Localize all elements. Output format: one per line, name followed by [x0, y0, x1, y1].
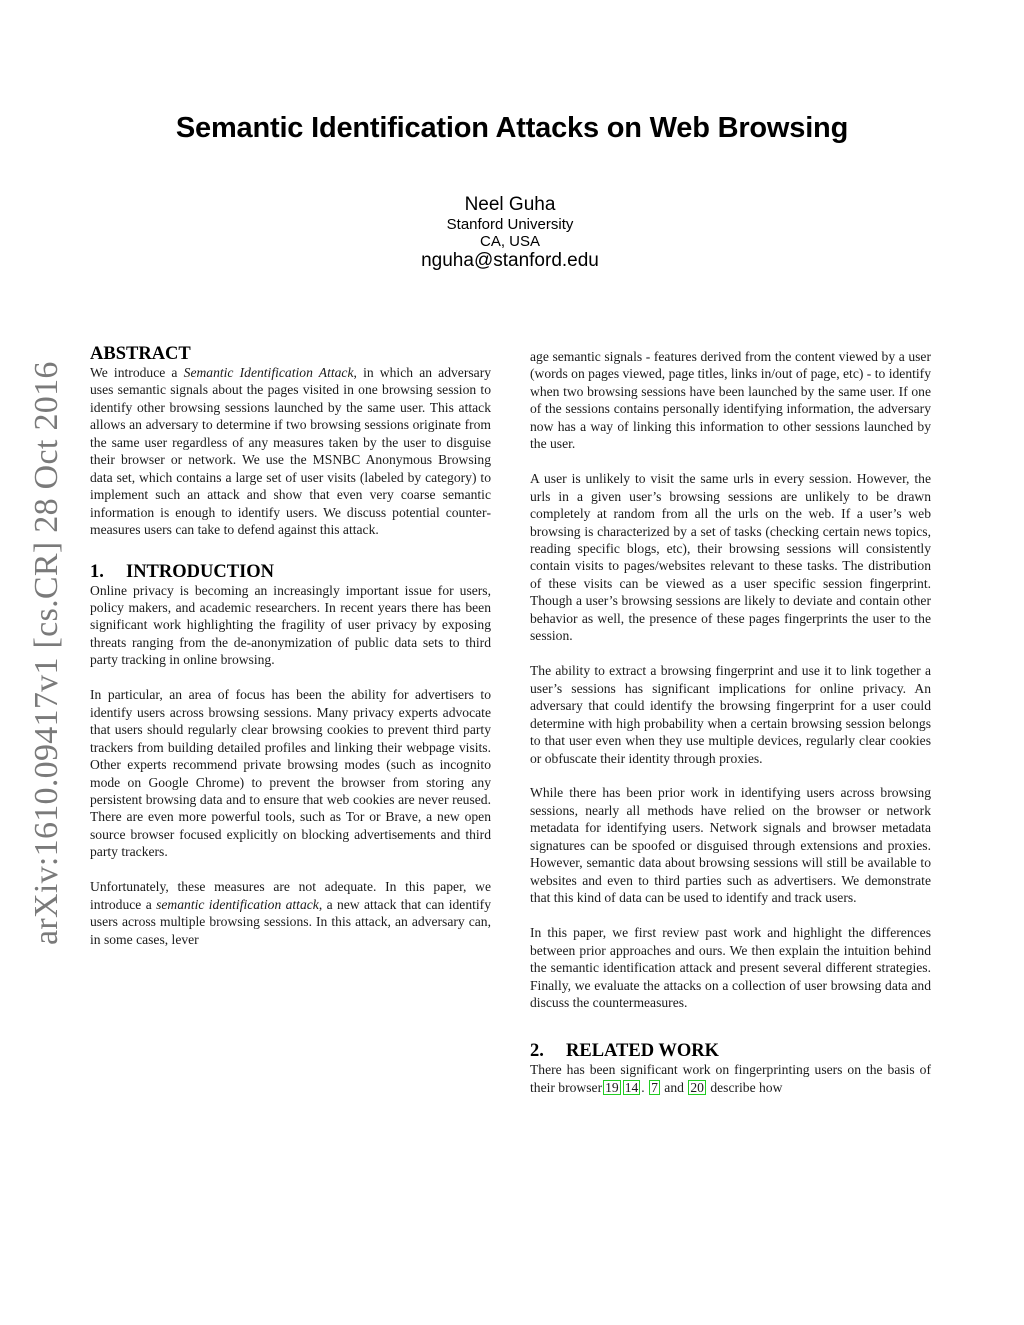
- citation-link-19[interactable]: 19: [603, 1080, 621, 1095]
- abstract-text-end: , in which an adversary uses semantic si…: [90, 365, 491, 537]
- related-work-heading: 2.RELATED WORK: [530, 1041, 931, 1061]
- right-column: age semantic signals - features derived …: [530, 348, 931, 1096]
- intro-paragraph-7: In this paper, we first review past work…: [530, 924, 931, 1011]
- intro-paragraph-6: While there has been prior work in ident…: [530, 784, 931, 906]
- left-column: ABSTRACT We introduce a Semantic Identif…: [90, 344, 491, 948]
- author-affiliation: Stanford University: [0, 216, 1020, 233]
- author-email: nguha@stanford.edu: [0, 250, 1020, 272]
- related-text-end: describe how: [707, 1080, 783, 1095]
- citation-link-20[interactable]: 20: [688, 1080, 706, 1095]
- introduction-heading: 1.INTRODUCTION: [90, 562, 491, 582]
- abstract-heading: ABSTRACT: [90, 344, 491, 364]
- intro-paragraph-2: In particular, an area of focus has been…: [90, 686, 491, 861]
- related-work-paragraph: There has been significant work on finge…: [530, 1061, 931, 1096]
- arxiv-identifier-stamp: arXiv:1610.09417v1 [cs.CR] 28 Oct 2016: [28, 361, 66, 945]
- citation-link-14[interactable]: 14: [623, 1080, 641, 1095]
- related-text-and: and: [661, 1080, 687, 1095]
- section-number: 1.: [90, 562, 126, 582]
- author-name: Neel Guha: [0, 194, 1020, 216]
- section-number: 2.: [530, 1041, 566, 1061]
- intro-paragraph-3: Unfortunately, these measures are not ad…: [90, 878, 491, 948]
- abstract-text: We introduce a Semantic Identification A…: [90, 364, 491, 539]
- abstract-text-start: We introduce a: [90, 365, 184, 380]
- author-location: CA, USA: [0, 233, 1020, 250]
- abstract-emphasis: Semantic Identification Attack: [184, 365, 354, 380]
- intro-paragraph-4: A user is unlikely to visit the same url…: [530, 470, 931, 645]
- related-text-sep: .: [641, 1080, 648, 1095]
- intro-paragraph-5: The ability to extract a browsing finger…: [530, 662, 931, 767]
- intro-paragraph-3-continued: age semantic signals - features derived …: [530, 348, 931, 453]
- citation-link-7[interactable]: 7: [649, 1080, 660, 1095]
- intro-paragraph-1: Online privacy is becoming an increasing…: [90, 582, 491, 669]
- author-block: Neel Guha Stanford University CA, USA ng…: [0, 194, 1020, 272]
- paper-title: Semantic Identification Attacks on Web B…: [0, 112, 1024, 145]
- section-title: RELATED WORK: [566, 1041, 719, 1061]
- intro-p3-emphasis: semantic identification attack: [156, 897, 319, 912]
- section-title: INTRODUCTION: [126, 562, 274, 582]
